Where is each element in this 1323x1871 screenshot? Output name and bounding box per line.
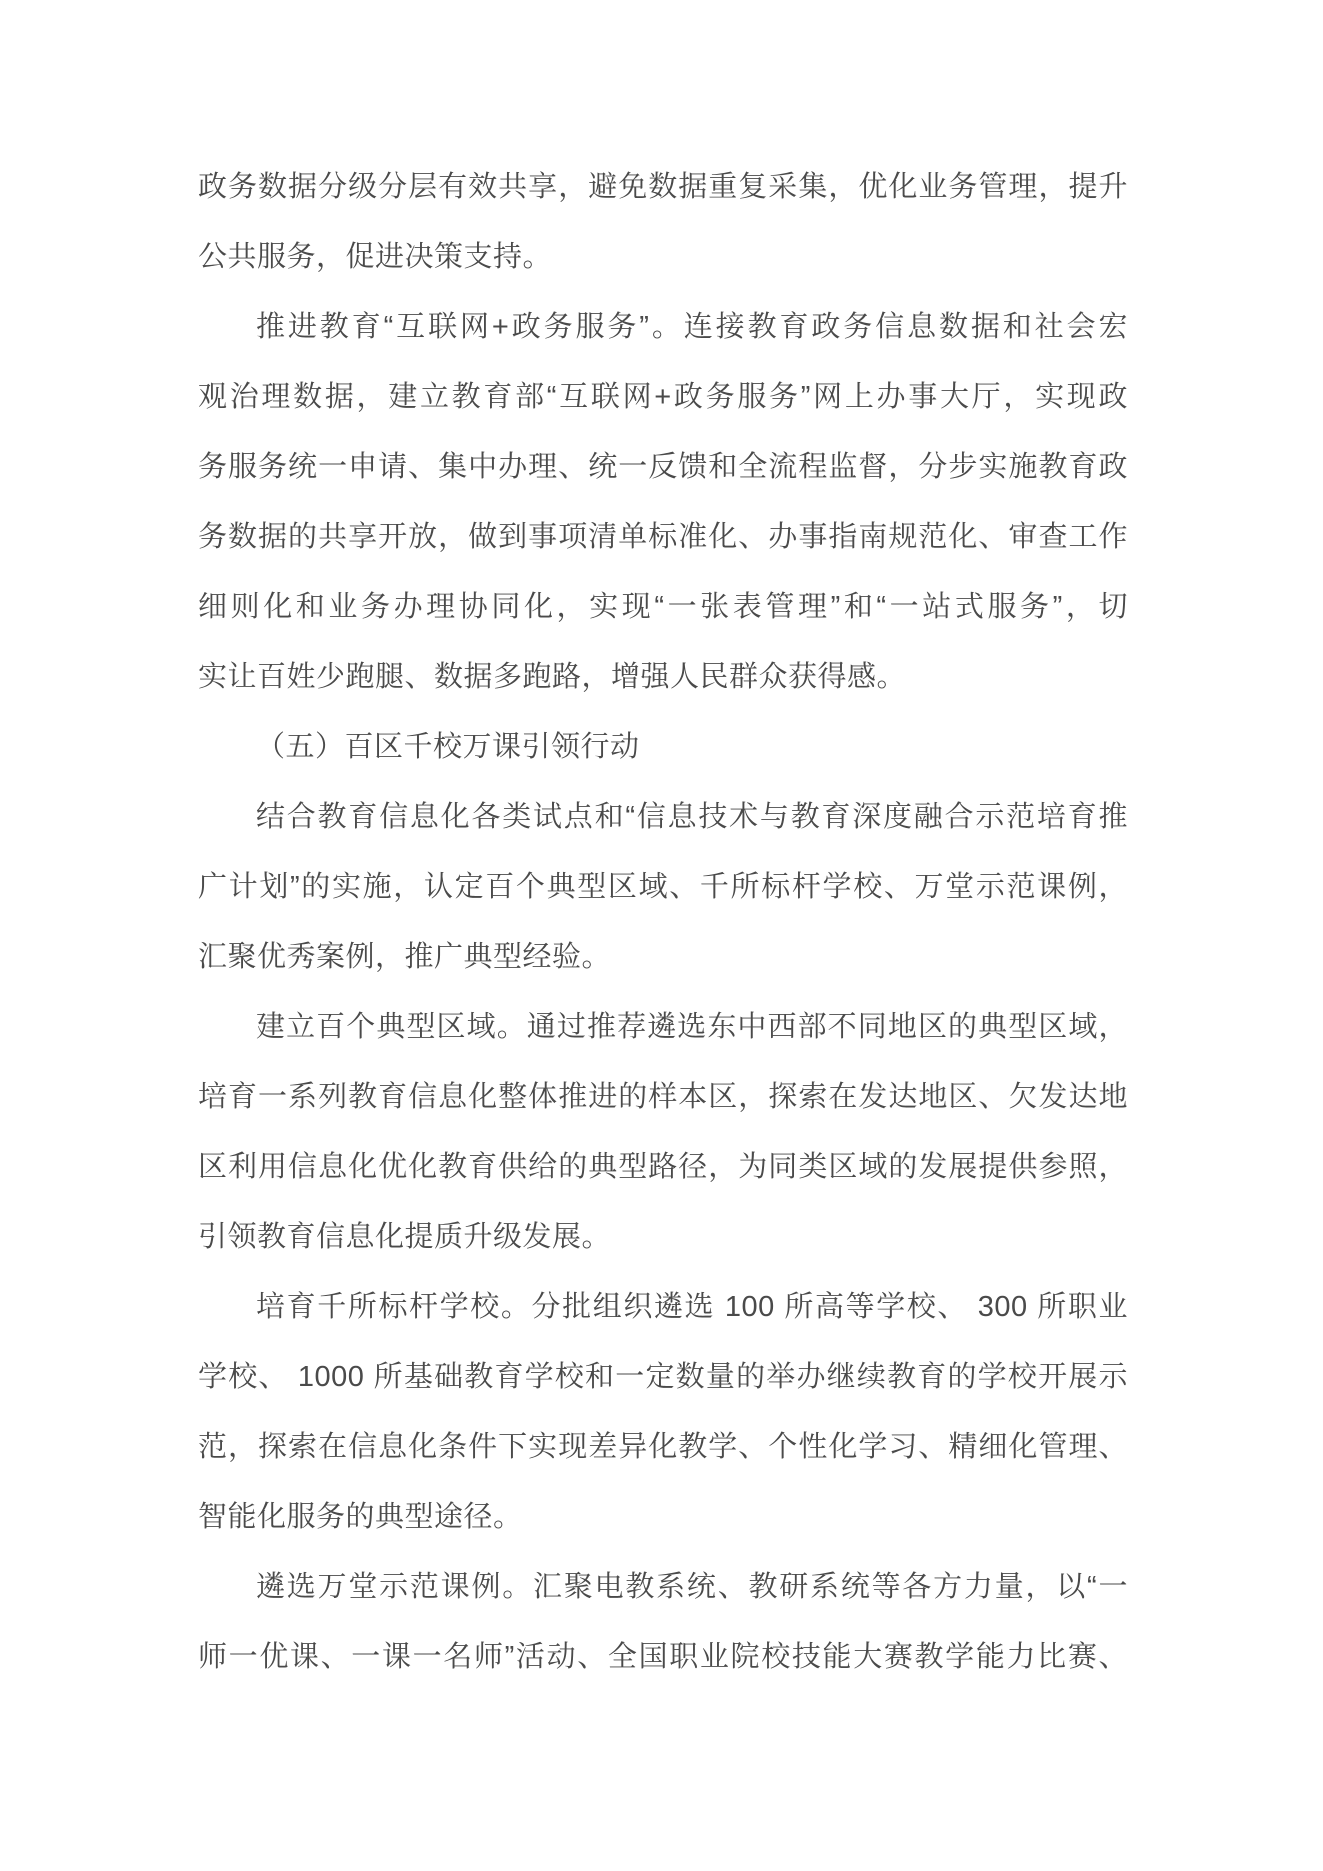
document-body: 政务数据分级分层有效共享，避免数据重复采集，优化业务管理，提升公共服务，促进决策… [198,152,1128,1692]
text-line: 培育千所标杆学校。分批组织遴选 100 所高等学校、 300 所职业 [198,1272,1128,1342]
text-line: 区利用信息化优化教育供给的典型路径，为同类区域的发展提供参照， [198,1132,1128,1202]
document-page: { "page": { "background": "#ffffff", "te… [0,0,1323,1871]
paragraph-thousand-benchmark-schools: 培育千所标杆学校。分批组织遴选 100 所高等学校、 300 所职业学校、 10… [198,1272,1128,1552]
text-line: 师一优课、一课一名师”活动、全国职业院校技能大赛教学能力比赛、 [198,1622,1128,1692]
text-line: 实让百姓少跑腿、数据多跑路，增强人民群众获得感。 [198,642,1128,712]
text-line: 建立百个典型区域。通过推荐遴选东中西部不同地区的典型区域， [198,992,1128,1062]
paragraph-pilot-demonstration-plan: 结合教育信息化各类试点和“信息技术与教育深度融合示范培育推广计划”的实施，认定百… [198,782,1128,992]
paragraph-internet-plus-gov-services: 推进教育“互联网+政务服务”。连接教育政务信息数据和社会宏观治理数据，建立教育部… [198,292,1128,712]
paragraph-hundred-typical-regions: 建立百个典型区域。通过推荐遴选东中西部不同地区的典型区域，培育一系列教育信息化整… [198,992,1128,1272]
text-line: 智能化服务的典型途径。 [198,1482,1128,1552]
page: 政务数据分级分层有效共享，避免数据重复采集，优化业务管理，提升公共服务，促进决策… [0,0,1323,1871]
text-line: 遴选万堂示范课例。汇聚电教系统、教研系统等各方力量，以“一 [198,1552,1128,1622]
text-line: 公共服务，促进决策支持。 [198,222,1128,292]
paragraph-govdata-sharing-continued: 政务数据分级分层有效共享，避免数据重复采集，优化业务管理，提升公共服务，促进决策… [198,152,1128,292]
text-line: 细则化和业务办理协同化，实现“一张表管理”和“一站式服务”，切 [198,572,1128,642]
paragraph-ten-thousand-demo-lessons: 遴选万堂示范课例。汇聚电教系统、教研系统等各方力量，以“一师一优课、一课一名师”… [198,1552,1128,1692]
text-line: 观治理数据，建立教育部“互联网+政务服务”网上办事大厅，实现政 [198,362,1128,432]
text-line: 培育一系列教育信息化整体推进的样本区，探索在发达地区、欠发达地 [198,1062,1128,1132]
text-line: 政务数据分级分层有效共享，避免数据重复采集，优化业务管理，提升 [198,152,1128,222]
text-line: 结合教育信息化各类试点和“信息技术与教育深度融合示范培育推 [198,782,1128,852]
text-line: 广计划”的实施，认定百个典型区域、千所标杆学校、万堂示范课例， [198,852,1128,922]
text-line: 范，探索在信息化条件下实现差异化教学、个性化学习、精细化管理、 [198,1412,1128,1482]
text-line: 务服务统一申请、集中办理、统一反馈和全流程监督，分步实施教育政 [198,432,1128,502]
text-line: 学校、 1000 所基础教育学校和一定数量的举办继续教育的学校开展示 [198,1342,1128,1412]
text-line: 推进教育“互联网+政务服务”。连接教育政务信息数据和社会宏 [198,292,1128,362]
heading-section-five: （五）百区千校万课引领行动 [198,712,1128,782]
text-line: （五）百区千校万课引领行动 [198,712,1128,782]
text-line: 汇聚优秀案例，推广典型经验。 [198,922,1128,992]
text-line: 务数据的共享开放，做到事项清单标准化、办事指南规范化、审查工作 [198,502,1128,572]
text-line: 引领教育信息化提质升级发展。 [198,1202,1128,1272]
